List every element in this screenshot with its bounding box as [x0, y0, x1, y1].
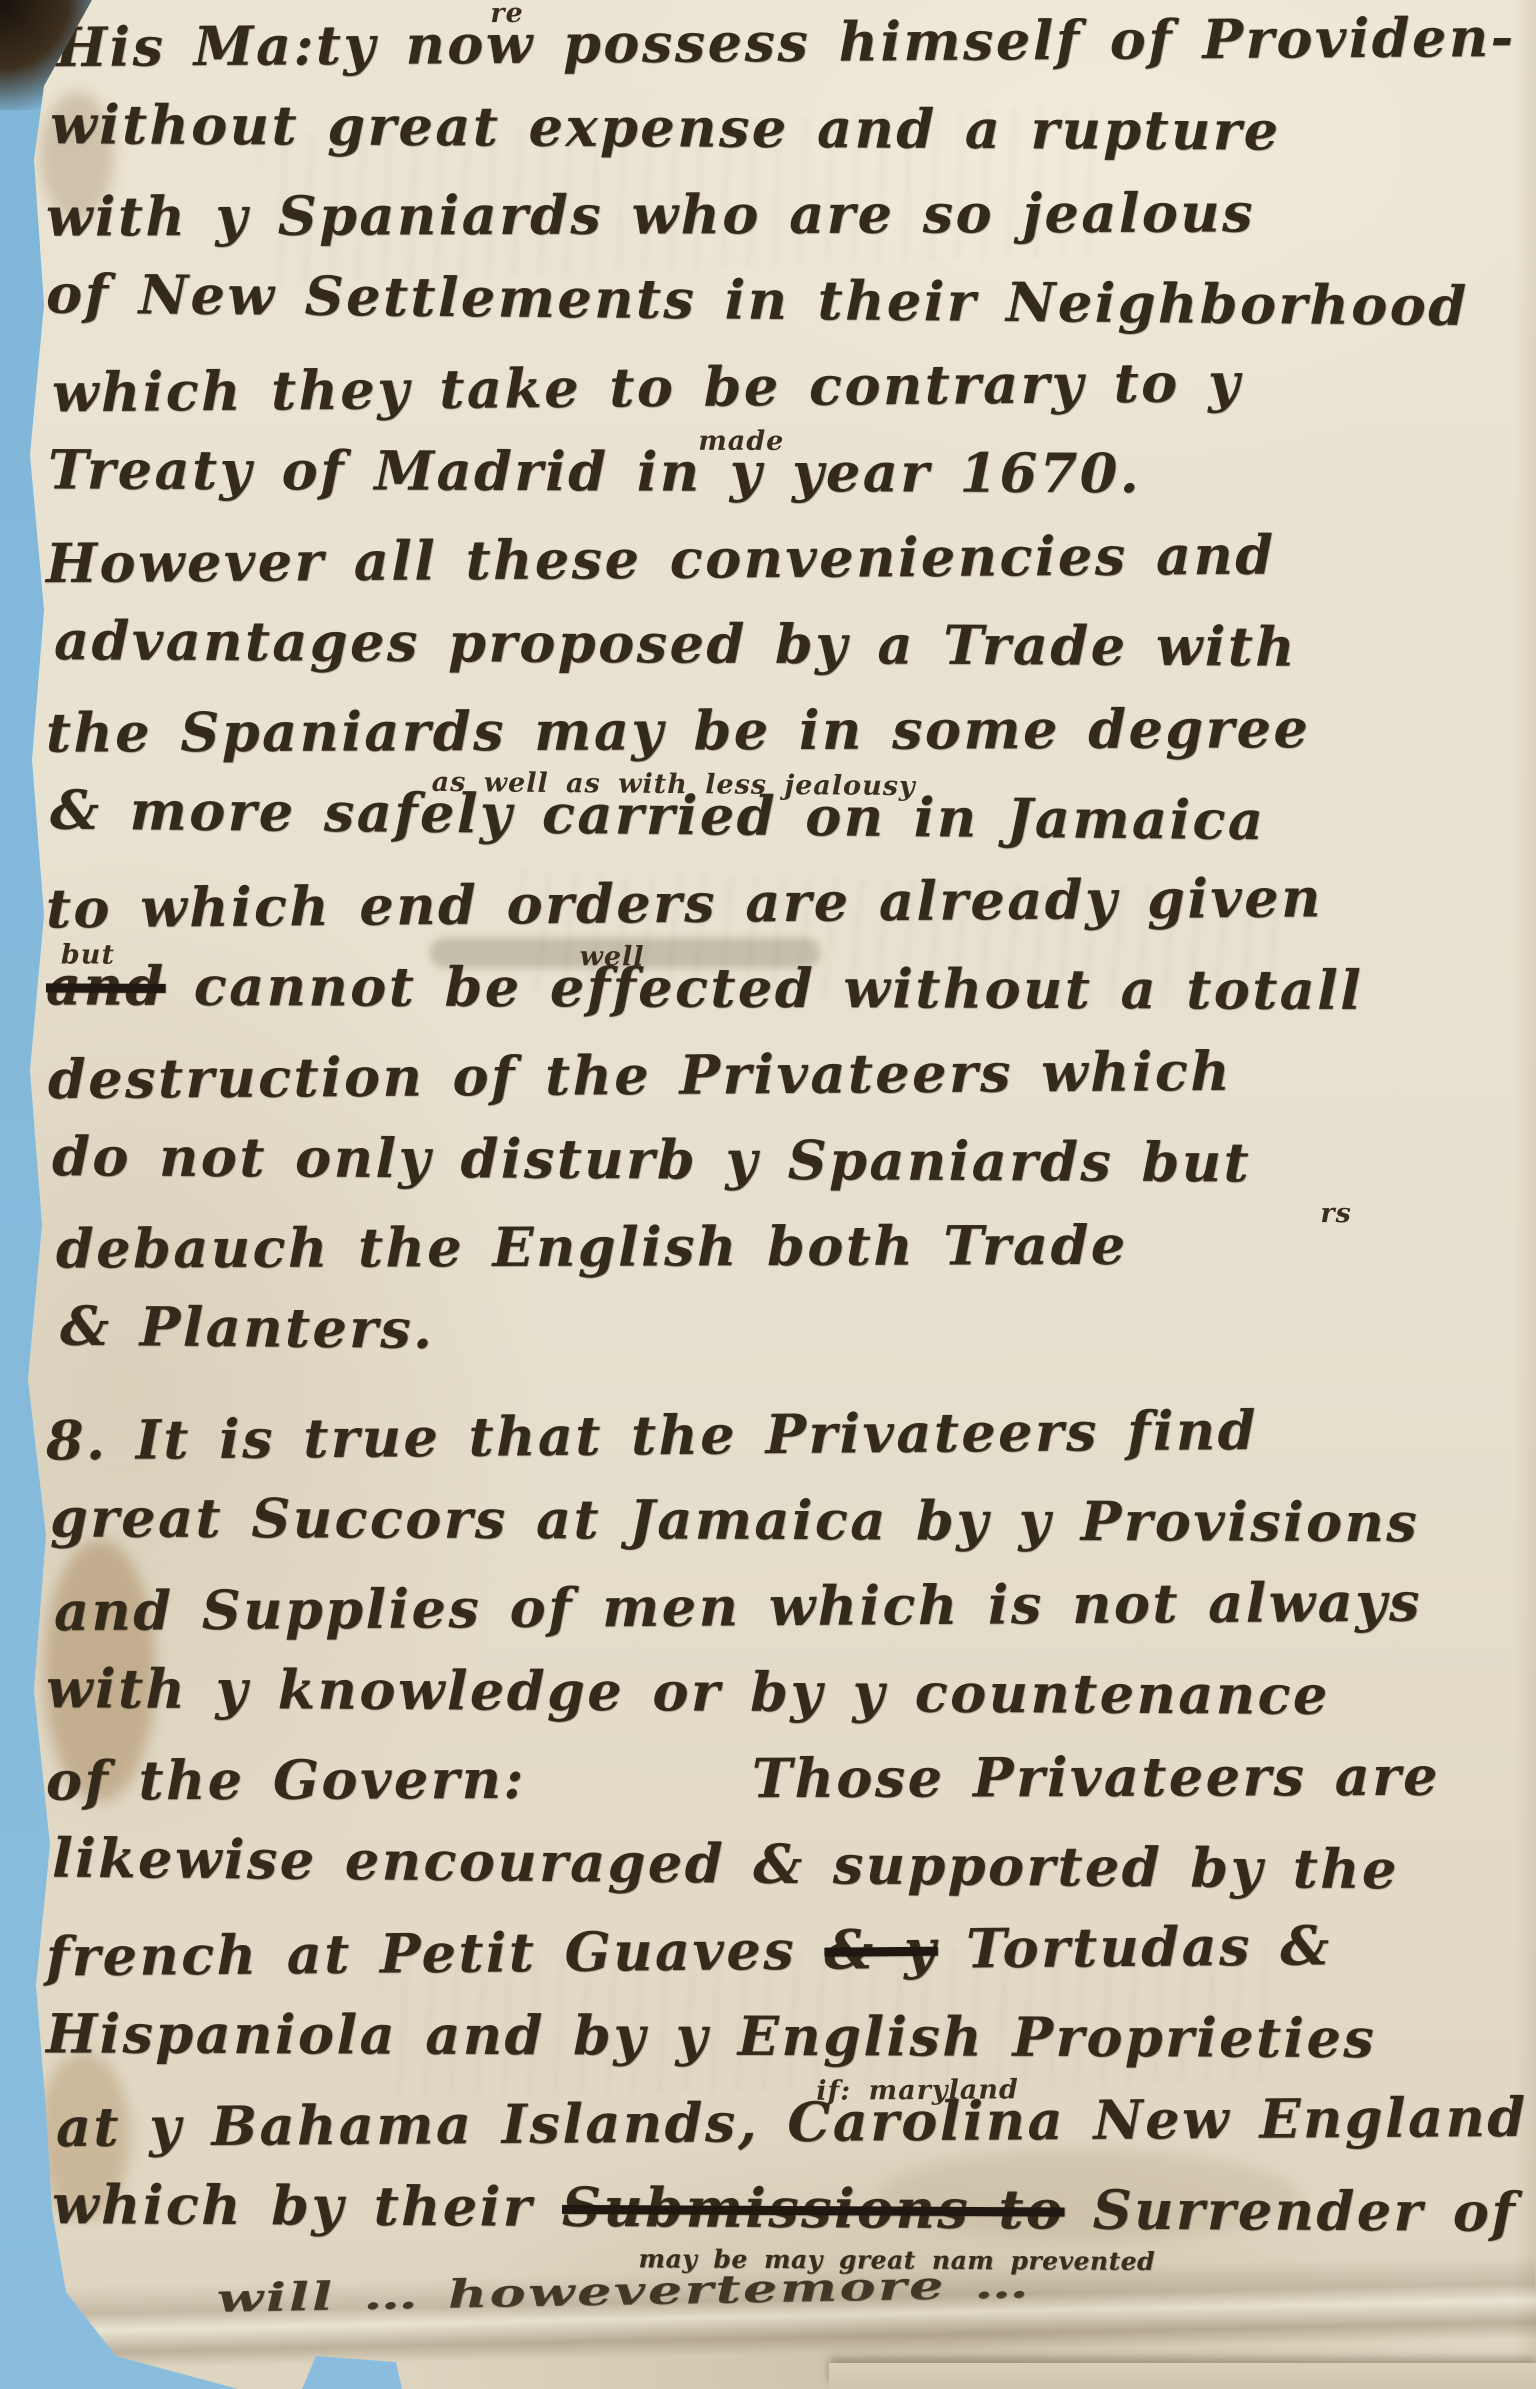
line-text: 8. It is true that the Privateers find — [46, 1398, 1259, 1473]
interlinear-insertion: re — [490, 0, 524, 29]
line-text: Hispaniola and by y English Proprieties — [46, 2001, 1376, 2070]
line-text: with y Spaniards who are so jealous — [46, 180, 1255, 248]
line-text: with y knowledge or by y countenance — [46, 1656, 1330, 1727]
line-text: to which end orders are already given — [46, 865, 1323, 940]
manuscript-line: at y Bahama Islands, Carolina New Englan… — [46, 2085, 1529, 2181]
line-text: Treaty of Madrid in y year 1670. — [48, 437, 1141, 505]
line-text: Surrender of their Charters — [1064, 2177, 1536, 2246]
line-text: However all these conveniencies and — [46, 523, 1276, 596]
interlinear-insertion: but — [61, 939, 115, 970]
interlinear-insertion: well — [580, 941, 645, 972]
line-text: advantages proposed by a Trade with — [54, 608, 1297, 679]
line-text: which by their — [52, 2172, 562, 2239]
manuscript-line: of the Govern: Those Privateers are — [46, 1743, 1528, 1834]
manuscript-line: & more safely carried on in Jamaicaas we… — [46, 778, 1529, 877]
under-sheet-edge — [829, 2363, 1536, 2389]
manuscript-line: debauch the English both Traders — [46, 1211, 1528, 1302]
interlinear-insertion: if: maryland — [816, 2074, 1019, 2106]
line-text: will … howevertemore … — [216, 2261, 1031, 2320]
manuscript-line: and cannot be effected without a totallb… — [46, 953, 1528, 1044]
line-text: of the Govern: — [46, 1747, 526, 1813]
interlinear-insertion: as well as with less jealousy — [432, 767, 916, 802]
line-text: Those Privateers are — [752, 1744, 1440, 1810]
line-text: the Spaniards may be in some degree — [46, 696, 1311, 764]
line-text: likewise encouraged & supported by the — [52, 1826, 1399, 1902]
line-text: & Planters. — [60, 1294, 435, 1361]
line-text: of New Settlements in their Neighborhood — [46, 262, 1469, 338]
manuscript-line: without great expense and a rupture — [46, 92, 1528, 186]
line-text: cannot be effected without a totall — [165, 954, 1363, 1022]
manuscript-line: His Ma:ty now possess himself of Provide… — [46, 5, 1529, 101]
line-text: debauch the English both Trade — [56, 1213, 1128, 1281]
line-text: without great expense and a rupture — [50, 92, 1281, 162]
manuscript-line: However all these conveniencies and — [46, 521, 1529, 617]
line-text — [526, 1746, 752, 1811]
manuscript-line: of New Settlements in their Neighborhood — [46, 262, 1529, 361]
manuscript-page: His Ma:ty now possess himself of Provide… — [0, 0, 1536, 2389]
manuscript-line: & Planters. — [46, 1294, 1529, 1393]
manuscript-line: do not only disturb y Spaniards but — [46, 1124, 1528, 1218]
line-text: and Supplies of men which is not always — [54, 1570, 1422, 1644]
line-text: which they take to be contrary to y — [52, 350, 1242, 424]
line-text: do not only disturb y Spaniards but — [52, 1124, 1251, 1194]
manuscript-line: with y Spaniards who are so jealous — [46, 179, 1528, 270]
manuscript-line: which they take to be contrary to y — [46, 348, 1529, 447]
manuscript-line: and Supplies of men which is not always — [46, 1569, 1529, 1665]
line-text: at y Bahama Islands, Carolina New Englan… — [56, 2085, 1528, 2159]
manuscript-line: 8. It is true that the Privateers find — [46, 1396, 1529, 1495]
interlinear-insertion: made — [698, 426, 784, 457]
manuscript-line: Treaty of Madrid in y year 1670.made — [46, 437, 1528, 528]
manuscript-line: which by their Submissions to Surrender … — [46, 2172, 1528, 2266]
line-text: french at Petit Guaves — [46, 1918, 825, 1989]
manuscript-line: french at Petit Guaves & y Tortudas & — [46, 1912, 1529, 2011]
line-text: destruction of the Privateers which — [48, 1039, 1233, 1111]
photo-backdrop: His Ma:ty now possess himself of Provide… — [0, 0, 1536, 2389]
line-text: Tortudas & — [938, 1913, 1332, 1980]
struck-out-text: & y — [824, 1917, 938, 1982]
struck-out-text: Submissions to — [562, 2175, 1065, 2242]
line-text: His Ma:ty now possess himself of Provide… — [56, 5, 1516, 79]
manuscript-line: Hispaniola and by y English Proprieties — [46, 2001, 1528, 2092]
manuscript-line: with y knowledge or by y countenance — [46, 1656, 1528, 1750]
manuscript-line: likewise encouraged & supported by the — [46, 1826, 1529, 1925]
manuscript-line: destruction of the Privateers which — [46, 1037, 1529, 1133]
manuscript-line: advantages proposed by a Trade with — [46, 608, 1528, 702]
interlinear-insertion: rs — [1320, 1198, 1352, 1229]
line-text: great Succors at Jamaica by y Provisions — [50, 1485, 1419, 1554]
manuscript-line: great Succors at Jamaica by y Provisions — [46, 1485, 1528, 1576]
manuscript-text: His Ma:ty now possess himself of Provide… — [46, 10, 1528, 2336]
manuscript-line: to which end orders are already given — [46, 864, 1529, 963]
